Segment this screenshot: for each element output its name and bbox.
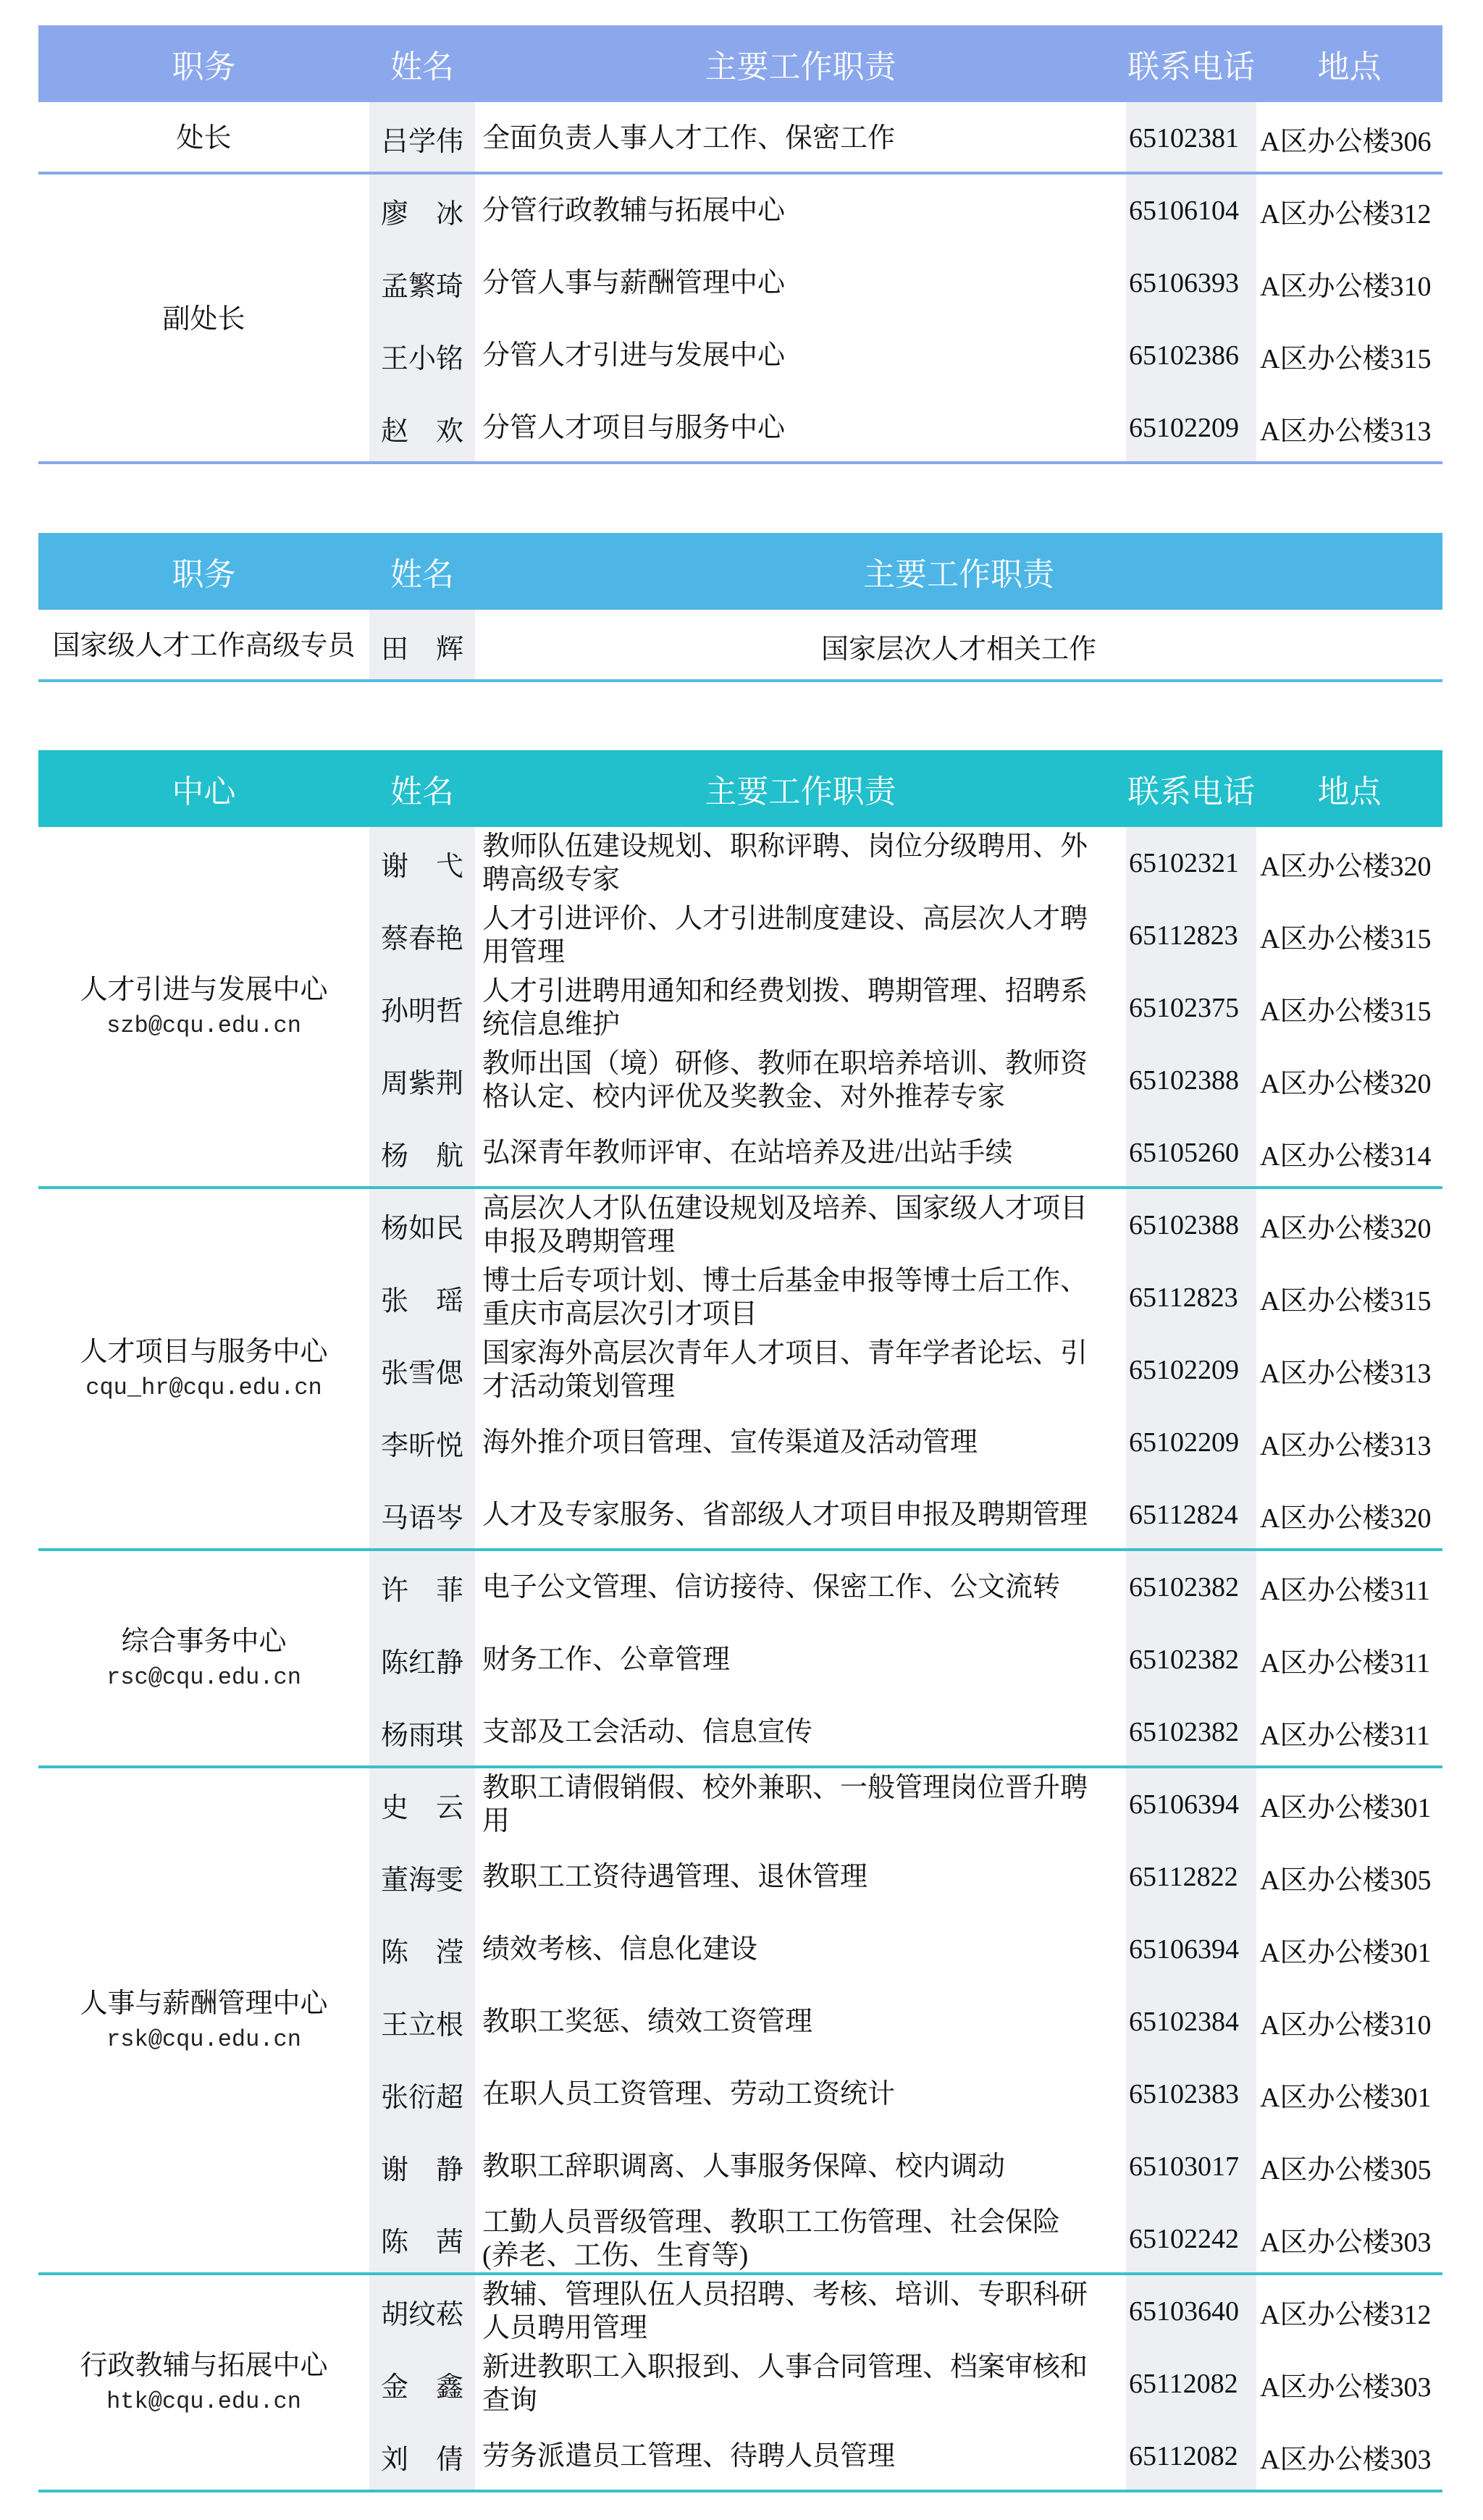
duty-cell: 全面负责人事人才工作、保密工作	[475, 102, 1126, 175]
duty-cell: 教职工奖惩、绩效工资管理	[475, 1986, 1126, 2058]
duty-text: 国家层次人才相关工作	[475, 610, 1442, 682]
table-row: 王小铭 分管人才引进与发展中心 65102386 A区办公楼315	[369, 319, 1442, 392]
group-title-cell: 副处长	[38, 175, 369, 464]
group-title-cell: 人才项目与服务中心 cqu_hr@cqu.edu.cn	[38, 1189, 369, 1551]
person-name: 杨雨琪	[369, 1696, 475, 1768]
duty-cell: 人才引进评价、人才引进制度建设、高层次人才聘用管理	[475, 899, 1126, 972]
phone-number: 65102382	[1126, 1551, 1256, 1624]
column-header-location: 地点	[1256, 765, 1442, 812]
duty-text: 海外推介项目管理、宣传渠道及活动管理	[482, 1426, 1092, 1459]
table-row: 孙明哲 人才引进聘用通知和经费划拨、聘期管理、招聘系统信息维护 65102375…	[369, 972, 1442, 1044]
table-row: 张衍超 在职人员工资管理、劳动工资统计 65102383 A区办公楼301	[369, 2058, 1442, 2130]
duty-text: 支部及工会活动、信息宣传	[482, 1715, 1092, 1749]
center-email: cqu_hr@cqu.edu.cn	[85, 1370, 322, 1406]
person-name: 杨 航	[369, 1117, 475, 1189]
table-row: 杨 航 弘深青年教师评审、在站培养及进/出站手续 65105260 A区办公楼3…	[369, 1117, 1442, 1189]
table-header: 职务 姓名 主要工作职责	[38, 533, 1442, 610]
duty-cell: 人才及专家服务、省部级人才项目申报及聘期管理	[475, 1479, 1126, 1551]
phone-number: 65106393	[1126, 247, 1256, 319]
office-location: A区办公楼301	[1256, 1768, 1442, 1841]
office-location: A区办公楼312	[1256, 2275, 1442, 2348]
person-name: 金 鑫	[369, 2348, 475, 2420]
table-row: 陈 茜 工勤人员晋级管理、教职工工伤管理、社会保险(养老、工伤、生育等) 651…	[369, 2203, 1442, 2275]
duty-cell: 绩效考核、信息化建设	[475, 1913, 1126, 1986]
duty-cell: 在职人员工资管理、劳动工资统计	[475, 2058, 1126, 2130]
phone-number: 65112082	[1126, 2420, 1256, 2492]
table-row: 陈 滢 绩效考核、信息化建设 65106394 A区办公楼301	[369, 1913, 1442, 1986]
phone-number: 65102375	[1126, 972, 1256, 1044]
office-location: A区办公楼311	[1256, 1696, 1442, 1768]
duty-cell: 财务工作、公章管理	[475, 1624, 1126, 1696]
person-name: 赵 欢	[369, 392, 475, 464]
office-location: A区办公楼301	[1256, 2058, 1442, 2130]
duty-text: 人才引进评价、人才引进制度建设、高层次人才聘用管理	[482, 902, 1092, 969]
duty-cell: 劳务派遣员工管理、待聘人员管理	[475, 2420, 1126, 2492]
duty-cell: 海外推介项目管理、宣传渠道及活动管理	[475, 1406, 1126, 1479]
duty-cell: 教职工工资待遇管理、退休管理	[475, 1841, 1126, 1913]
table-row: 陈红静 财务工作、公章管理 65102382 A区办公楼311	[369, 1624, 1442, 1696]
office-location: A区办公楼320	[1256, 1044, 1442, 1117]
group-admin-support-center: 行政教辅与拓展中心 htk@cqu.edu.cn 胡纹菘 教辅、管理队伍人员招聘…	[38, 2275, 1442, 2492]
person-name: 王立根	[369, 1986, 475, 2058]
duty-cell: 工勤人员晋级管理、教职工工伤管理、社会保险(养老、工伤、生育等)	[475, 2203, 1126, 2275]
group-senior-specialist: 国家级人才工作高级专员 田 辉 国家层次人才相关工作	[38, 610, 1442, 682]
person-name: 马语岑	[369, 1479, 475, 1551]
phone-number: 65102382	[1126, 1696, 1256, 1768]
phone-number: 65106394	[1126, 1768, 1256, 1841]
group-rows: 胡纹菘 教辅、管理队伍人员招聘、考核、培训、专职科研人员聘用管理 6510364…	[369, 2275, 1442, 2492]
person-name: 陈 茜	[369, 2203, 475, 2275]
duty-text: 工勤人员晋级管理、教职工工伤管理、社会保险(养老、工伤、生育等)	[482, 2206, 1092, 2272]
person-name: 陈 滢	[369, 1913, 475, 1986]
office-location: A区办公楼310	[1256, 247, 1442, 319]
table-row: 刘 倩 劳务派遣员工管理、待聘人员管理 65112082 A区办公楼303	[369, 2420, 1442, 2492]
person-name: 许 菲	[369, 1551, 475, 1624]
phone-number: 65102383	[1126, 2058, 1256, 2130]
center-name: 行政教辅与拓展中心	[80, 2348, 327, 2384]
person-name: 谢 静	[369, 2130, 475, 2203]
duty-cell: 教职工辞职调离、人事服务保障、校内调动	[475, 2130, 1126, 2203]
office-location: A区办公楼303	[1256, 2203, 1442, 2275]
table-row: 谢 静 教职工辞职调离、人事服务保障、校内调动 65103017 A区办公楼30…	[369, 2130, 1442, 2203]
group-rows: 吕学伟 全面负责人事人才工作、保密工作 65102381 A区办公楼306	[369, 102, 1442, 175]
center-email: htk@cqu.edu.cn	[106, 2384, 301, 2419]
phone-number: 65102386	[1126, 319, 1256, 392]
phone-number: 65103640	[1126, 2275, 1256, 2348]
office-location: A区办公楼310	[1256, 1986, 1442, 2058]
phone-number: 65105260	[1126, 1117, 1256, 1189]
column-header-duties: 主要工作职责	[475, 765, 1126, 812]
group-rows: 杨如民 高层次人才队伍建设规划及培养、国家级人才项目申报及聘期管理 651023…	[369, 1189, 1442, 1551]
duty-cell: 教职工请假销假、校外兼职、一般管理岗位晋升聘用	[475, 1768, 1126, 1841]
duty-text: 分管行政教辅与拓展中心	[482, 194, 1092, 227]
person-name: 史 云	[369, 1768, 475, 1841]
duty-text: 人才及专家服务、省部级人才项目申报及聘期管理	[482, 1498, 1092, 1532]
duty-text: 财务工作、公章管理	[482, 1643, 1092, 1676]
column-header-position: 职务	[38, 41, 369, 87]
group-title-cell: 人事与薪酬管理中心 rsk@cqu.edu.cn	[38, 1768, 369, 2275]
office-location: A区办公楼305	[1256, 2130, 1442, 2203]
group-rows: 廖 冰 分管行政教辅与拓展中心 65106104 A区办公楼312 孟繁琦 分管…	[369, 175, 1442, 464]
office-location: A区办公楼314	[1256, 1117, 1442, 1189]
table-row: 廖 冰 分管行政教辅与拓展中心 65106104 A区办公楼312	[369, 175, 1442, 247]
centers-table: 中心 姓名 主要工作职责 联系电话 地点 人才引进与发展中心 szb@cqu.e…	[38, 750, 1442, 2492]
group-title: 副处长	[162, 302, 245, 337]
duty-text: 弘深青年教师评审、在站培养及进/出站手续	[482, 1136, 1092, 1169]
duty-cell: 新进教职工入职报到、人事合同管理、档案审核和查询	[475, 2348, 1126, 2420]
person-name: 吕学伟	[369, 102, 475, 175]
person-name: 王小铭	[369, 319, 475, 392]
office-location: A区办公楼315	[1256, 972, 1442, 1044]
phone-number: 65106104	[1126, 175, 1256, 247]
group-title-cell: 国家级人才工作高级专员	[38, 610, 369, 682]
table-row: 张 瑶 博士后专项计划、博士后基金申报等博士后工作、重庆市高层次引才项目 651…	[369, 1261, 1442, 1334]
table-row: 金 鑫 新进教职工入职报到、人事合同管理、档案审核和查询 65112082 A区…	[369, 2348, 1442, 2420]
duty-cell: 教师队伍建设规划、职称评聘、岗位分级聘用、外聘高级专家	[475, 827, 1126, 899]
office-location: A区办公楼301	[1256, 1913, 1442, 1986]
leadership-table: 职务 姓名 主要工作职责 联系电话 地点 处长 吕学伟 全面负责人事人才工作、保…	[38, 25, 1442, 464]
table-row: 蔡春艳 人才引进评价、人才引进制度建设、高层次人才聘用管理 65112823 A…	[369, 899, 1442, 972]
column-header-duties: 主要工作职责	[475, 41, 1126, 87]
phone-number: 65102388	[1126, 1189, 1256, 1261]
column-header-location: 地点	[1256, 41, 1442, 87]
duty-cell: 高层次人才队伍建设规划及培养、国家级人才项目申报及聘期管理	[475, 1189, 1126, 1261]
center-email: szb@cqu.edu.cn	[106, 1008, 301, 1043]
duty-text: 劳务派遣员工管理、待聘人员管理	[482, 2440, 1092, 2473]
column-header-name: 姓名	[369, 765, 475, 812]
person-name: 孟繁琦	[369, 247, 475, 319]
person-name: 田 辉	[369, 610, 475, 682]
table-row: 杨如民 高层次人才队伍建设规划及培养、国家级人才项目申报及聘期管理 651023…	[369, 1189, 1442, 1261]
office-location: A区办公楼313	[1256, 392, 1442, 464]
office-location: A区办公楼313	[1256, 1334, 1442, 1406]
phone-number: 65102381	[1126, 102, 1256, 175]
group-director: 处长 吕学伟 全面负责人事人才工作、保密工作 65102381 A区办公楼306	[38, 102, 1442, 175]
table-row: 张雪偲 国家海外高层次青年人才项目、青年学者论坛、引才活动策划管理 651022…	[369, 1334, 1442, 1406]
phone-number: 65106394	[1126, 1913, 1256, 1986]
office-location: A区办公楼303	[1256, 2348, 1442, 2420]
center-name: 综合事务中心	[121, 1624, 286, 1660]
table-row: 孟繁琦 分管人事与薪酬管理中心 65106393 A区办公楼310	[369, 247, 1442, 319]
person-name: 陈红静	[369, 1624, 475, 1696]
phone-number: 65102242	[1126, 2203, 1256, 2275]
office-location: A区办公楼312	[1256, 175, 1442, 247]
duty-text: 教职工请假销假、校外兼职、一般管理岗位晋升聘用	[482, 1771, 1092, 1838]
duty-text: 教职工工资待遇管理、退休管理	[482, 1860, 1092, 1894]
duty-text: 人才引进聘用通知和经费划拨、聘期管理、招聘系统信息维护	[482, 975, 1092, 1041]
group-deputy-director: 副处长 廖 冰 分管行政教辅与拓展中心 65106104 A区办公楼312 孟繁…	[38, 175, 1442, 464]
group-personnel-salary-center: 人事与薪酬管理中心 rsk@cqu.edu.cn 史 云 教职工请假销假、校外兼…	[38, 1768, 1442, 2275]
table-row: 许 菲 电子公文管理、信访接待、保密工作、公文流转 65102382 A区办公楼…	[369, 1551, 1442, 1624]
office-location: A区办公楼320	[1256, 1479, 1442, 1551]
phone-number: 65102209	[1126, 1406, 1256, 1479]
person-name: 谢 弋	[369, 827, 475, 899]
duty-cell: 分管行政教辅与拓展中心	[475, 175, 1126, 247]
person-name: 董海雯	[369, 1841, 475, 1913]
person-name: 李昕悦	[369, 1406, 475, 1479]
person-name: 蔡春艳	[369, 899, 475, 972]
duty-cell: 国家海外高层次青年人才项目、青年学者论坛、引才活动策划管理	[475, 1334, 1126, 1406]
duty-cell: 分管人事与薪酬管理中心	[475, 247, 1126, 319]
office-location: A区办公楼306	[1256, 102, 1442, 175]
table-row: 王立根 教职工奖惩、绩效工资管理 65102384 A区办公楼310	[369, 1986, 1442, 2058]
duty-text: 教师出国（境）研修、教师在职培养培训、教师资格认定、校内评优及奖教金、对外推荐专…	[482, 1047, 1092, 1114]
phone-number: 65112822	[1126, 1841, 1256, 1913]
office-location: A区办公楼311	[1256, 1624, 1442, 1696]
group-rows: 史 云 教职工请假销假、校外兼职、一般管理岗位晋升聘用 65106394 A区办…	[369, 1768, 1442, 2275]
person-name: 张雪偲	[369, 1334, 475, 1406]
person-name: 杨如民	[369, 1189, 475, 1261]
center-name: 人才引进与发展中心	[80, 973, 327, 1008]
duty-text: 博士后专项计划、博士后基金申报等博士后工作、重庆市高层次引才项目	[482, 1264, 1092, 1331]
duty-text: 全面负责人事人才工作、保密工作	[482, 122, 1092, 155]
table-row: 杨雨琪 支部及工会活动、信息宣传 65102382 A区办公楼311	[369, 1696, 1442, 1768]
group-title: 国家级人才工作高级专员	[52, 629, 355, 664]
office-location: A区办公楼320	[1256, 1189, 1442, 1261]
phone-number: 65112824	[1126, 1479, 1256, 1551]
table-row: 田 辉 国家层次人才相关工作	[369, 610, 1442, 682]
duty-text: 新进教职工入职报到、人事合同管理、档案审核和查询	[482, 2351, 1092, 2417]
person-name: 张衍超	[369, 2058, 475, 2130]
center-name: 人事与薪酬管理中心	[80, 1986, 327, 2022]
column-header-name: 姓名	[369, 548, 475, 595]
phone-number: 65112082	[1126, 2348, 1256, 2420]
office-location: A区办公楼315	[1256, 899, 1442, 972]
office-location: A区办公楼303	[1256, 2420, 1442, 2492]
office-location: A区办公楼315	[1256, 1261, 1442, 1334]
phone-number: 65102321	[1126, 827, 1256, 899]
group-title-cell: 行政教辅与拓展中心 htk@cqu.edu.cn	[38, 2275, 369, 2492]
table-header: 中心 姓名 主要工作职责 联系电话 地点	[38, 750, 1442, 827]
phone-number: 65112823	[1126, 899, 1256, 972]
center-email: rsc@cqu.edu.cn	[106, 1660, 301, 1695]
office-location: A区办公楼311	[1256, 1551, 1442, 1624]
group-rows: 谢 弋 教师队伍建设规划、职称评聘、岗位分级聘用、外聘高级专家 65102321…	[369, 827, 1442, 1189]
duty-cell: 分管人才项目与服务中心	[475, 392, 1126, 464]
phone-number: 65102382	[1126, 1624, 1256, 1696]
center-name: 人才项目与服务中心	[80, 1335, 327, 1370]
duty-text: 教师队伍建设规划、职称评聘、岗位分级聘用、外聘高级专家	[482, 830, 1092, 896]
phone-number: 65103017	[1126, 2130, 1256, 2203]
duty-text: 教职工奖惩、绩效工资管理	[482, 2005, 1092, 2038]
table-row: 史 云 教职工请假销假、校外兼职、一般管理岗位晋升聘用 65106394 A区办…	[369, 1768, 1442, 1841]
duty-text: 分管人事与薪酬管理中心	[482, 266, 1092, 300]
group-title-cell: 处长	[38, 102, 369, 175]
duty-cell: 教师出国（境）研修、教师在职培养培训、教师资格认定、校内评优及奖教金、对外推荐专…	[475, 1044, 1126, 1117]
duty-cell: 人才引进聘用通知和经费划拨、聘期管理、招聘系统信息维护	[475, 972, 1126, 1044]
office-location: A区办公楼320	[1256, 827, 1442, 899]
duty-text: 绩效考核、信息化建设	[482, 1933, 1092, 1966]
duty-text: 在职人员工资管理、劳动工资统计	[482, 2078, 1092, 2111]
center-email: rsk@cqu.edu.cn	[106, 2022, 301, 2057]
person-name: 张 瑶	[369, 1261, 475, 1334]
group-rows: 许 菲 电子公文管理、信访接待、保密工作、公文流转 65102382 A区办公楼…	[369, 1551, 1442, 1768]
column-header-name: 姓名	[369, 41, 475, 87]
phone-number: 65102384	[1126, 1986, 1256, 2058]
duty-text: 教职工辞职调离、人事服务保障、校内调动	[482, 2150, 1092, 2183]
phone-number: 65102388	[1126, 1044, 1256, 1117]
duty-text: 电子公文管理、信访接待、保密工作、公文流转	[482, 1571, 1092, 1604]
person-name: 周紫荆	[369, 1044, 475, 1117]
group-general-affairs-center: 综合事务中心 rsc@cqu.edu.cn 许 菲 电子公文管理、信访接待、保密…	[38, 1551, 1442, 1768]
group-talent-projects-center: 人才项目与服务中心 cqu_hr@cqu.edu.cn 杨如民 高层次人才队伍建…	[38, 1189, 1442, 1551]
office-location: A区办公楼305	[1256, 1841, 1442, 1913]
column-header-phone: 联系电话	[1126, 765, 1256, 812]
duty-text: 分管人才引进与发展中心	[482, 339, 1092, 372]
phone-number: 65112823	[1126, 1261, 1256, 1334]
duty-text: 国家海外高层次青年人才项目、青年学者论坛、引才活动策划管理	[482, 1337, 1092, 1403]
duty-cell: 弘深青年教师评审、在站培养及进/出站手续	[475, 1117, 1126, 1189]
table-row: 赵 欢 分管人才项目与服务中心 65102209 A区办公楼313	[369, 392, 1442, 464]
group-title-cell: 综合事务中心 rsc@cqu.edu.cn	[38, 1551, 369, 1768]
person-name: 刘 倩	[369, 2420, 475, 2492]
duty-cell: 电子公文管理、信访接待、保密工作、公文流转	[475, 1551, 1126, 1624]
table-row: 胡纹菘 教辅、管理队伍人员招聘、考核、培训、专职科研人员聘用管理 6510364…	[369, 2275, 1442, 2348]
column-header-position: 职务	[38, 548, 369, 595]
person-name: 孙明哲	[369, 972, 475, 1044]
table-row: 吕学伟 全面负责人事人才工作、保密工作 65102381 A区办公楼306	[369, 102, 1442, 175]
duty-text: 高层次人才队伍建设规划及培养、国家级人才项目申报及聘期管理	[482, 1192, 1092, 1259]
phone-number: 65102209	[1126, 1334, 1256, 1406]
table-row: 李昕悦 海外推介项目管理、宣传渠道及活动管理 65102209 A区办公楼313	[369, 1406, 1442, 1479]
duty-cell: 教辅、管理队伍人员招聘、考核、培训、专职科研人员聘用管理	[475, 2275, 1126, 2348]
table-row: 董海雯 教职工工资待遇管理、退休管理 65112822 A区办公楼305	[369, 1841, 1442, 1913]
phone-number: 65102209	[1126, 392, 1256, 464]
office-location: A区办公楼313	[1256, 1406, 1442, 1479]
column-header-phone: 联系电话	[1126, 41, 1256, 87]
column-header-duties: 主要工作职责	[475, 548, 1442, 595]
group-talent-recruitment-center: 人才引进与发展中心 szb@cqu.edu.cn 谢 弋 教师队伍建设规划、职称…	[38, 827, 1442, 1189]
table-row: 周紫荆 教师出国（境）研修、教师在职培养培训、教师资格认定、校内评优及奖教金、对…	[369, 1044, 1442, 1117]
group-rows: 田 辉 国家层次人才相关工作	[369, 610, 1442, 682]
duty-cell: 博士后专项计划、博士后基金申报等博士后工作、重庆市高层次引才项目	[475, 1261, 1126, 1334]
person-name: 廖 冰	[369, 175, 475, 247]
duty-text: 分管人才项目与服务中心	[482, 411, 1092, 445]
specialist-table: 职务 姓名 主要工作职责 国家级人才工作高级专员 田 辉 国家层次人才相关工作	[38, 533, 1442, 682]
group-title: 处长	[176, 121, 231, 156]
office-location: A区办公楼315	[1256, 319, 1442, 392]
duty-cell: 分管人才引进与发展中心	[475, 319, 1126, 392]
table-row: 马语岑 人才及专家服务、省部级人才项目申报及聘期管理 65112824 A区办公…	[369, 1479, 1442, 1551]
duty-cell: 支部及工会活动、信息宣传	[475, 1696, 1126, 1768]
person-name: 胡纹菘	[369, 2275, 475, 2348]
duty-text: 教辅、管理队伍人员招聘、考核、培训、专职科研人员聘用管理	[482, 2278, 1092, 2345]
table-header: 职务 姓名 主要工作职责 联系电话 地点	[38, 25, 1442, 102]
group-title-cell: 人才引进与发展中心 szb@cqu.edu.cn	[38, 827, 369, 1189]
table-row: 谢 弋 教师队伍建设规划、职称评聘、岗位分级聘用、外聘高级专家 65102321…	[369, 827, 1442, 899]
column-header-center: 中心	[38, 765, 369, 812]
